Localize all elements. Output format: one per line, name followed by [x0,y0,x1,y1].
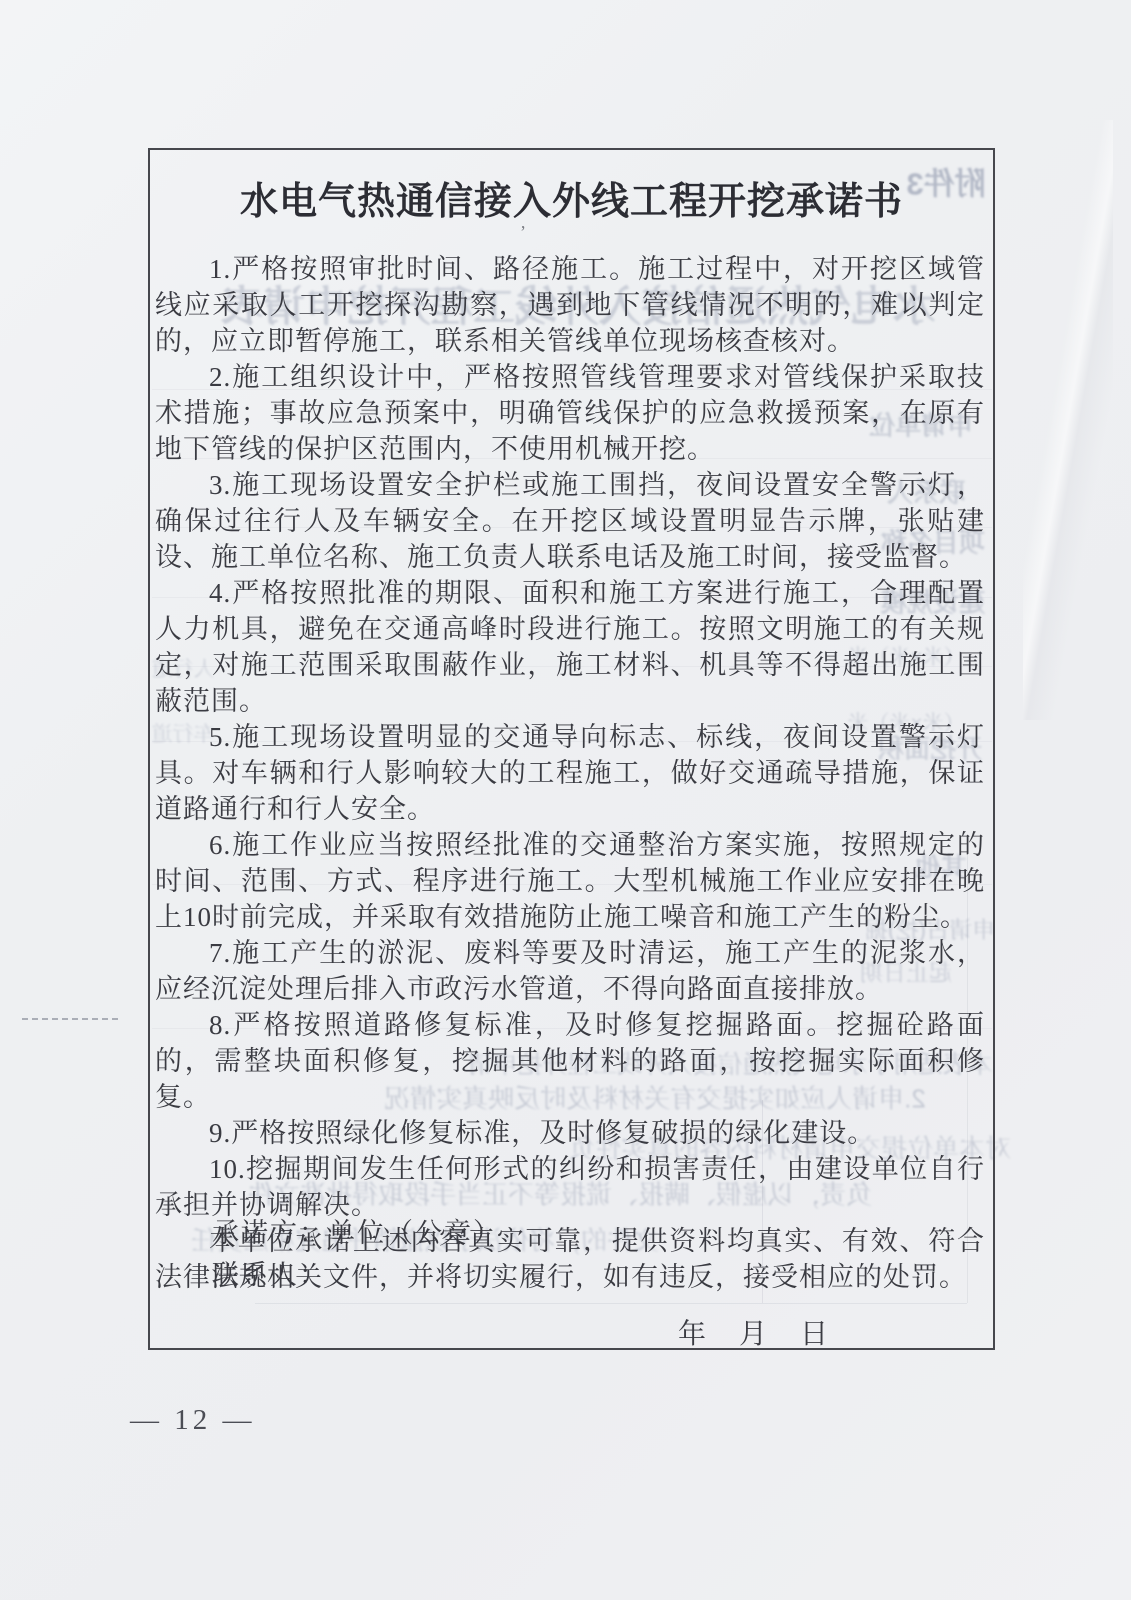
clause-paragraph: 6.施工作业应当按照经批准的交通整治方案实施，按照规定的时间、范围、方式、程序进… [155,827,985,935]
clause-paragraph: 5.施工现场设置明显的交通导向标志、标线，夜间设置警示灯具。对车辆和行人影响较大… [155,719,985,827]
clause-paragraph: 4.严格按照批准的期限、面积和施工方案进行施工，合理配置人力机具，避免在交通高峰… [155,575,985,719]
clause-paragraph: 8.严格按照道路修复标准，及时修复挖掘路面。挖掘砼路面的，需整块面积修复，挖掘其… [155,1007,985,1115]
page-number: — 12 — [130,1404,256,1437]
clause-paragraph: 9.严格按照绿化修复标准，及时修复破损的绿化建设。 [155,1115,985,1151]
clause-paragraph: 7.施工产生的淤泥、废料等要及时清运，施工产生的泥浆水，应经沉淀处理后排入市政污… [155,935,985,1007]
document-border-box: 水电气热通信接入外线工程开挖承诺书 1.严格按照审批时间、路径施工。施工过程中，… [148,148,995,1350]
date-month-label: 月 [739,1312,767,1352]
clause-paragraph: 2.施工组织设计中，严格按照管线管理要求对管线保护采取技术措施；事故应急预案中，… [155,359,985,467]
scanned-page: 附件3水电气热通信接入外线工程开挖申请表申请单位联系人项目名称建设规模（米×米）… [0,0,1131,1600]
document-body: 1.严格按照审批时间、路径施工。施工过程中，对开挖区域管线应采取人工开挖探沟勘察… [155,251,985,1295]
signature-contact-line: 联系人： [212,1254,502,1296]
signature-block: 承诺方：单位（公章） 联系人： [212,1212,502,1296]
clause-paragraph: 1.严格按照审批时间、路径施工。施工过程中，对开挖区域管线应采取人工开挖探沟勘察… [155,251,985,359]
signature-party-line: 承诺方：单位（公章） [212,1212,502,1254]
clause-paragraph: 3.施工现场设置安全护栏或施工围挡，夜间设置安全警示灯，确保过往行人及车辆安全。… [155,467,985,575]
date-day-label: 日 [800,1312,828,1352]
document-title: 水电气热通信接入外线工程开挖承诺书 [154,170,989,225]
date-year-label: 年 [678,1312,706,1352]
date-line: 年 月 日 [678,1312,828,1352]
stray-scan-mark [22,1018,118,1020]
